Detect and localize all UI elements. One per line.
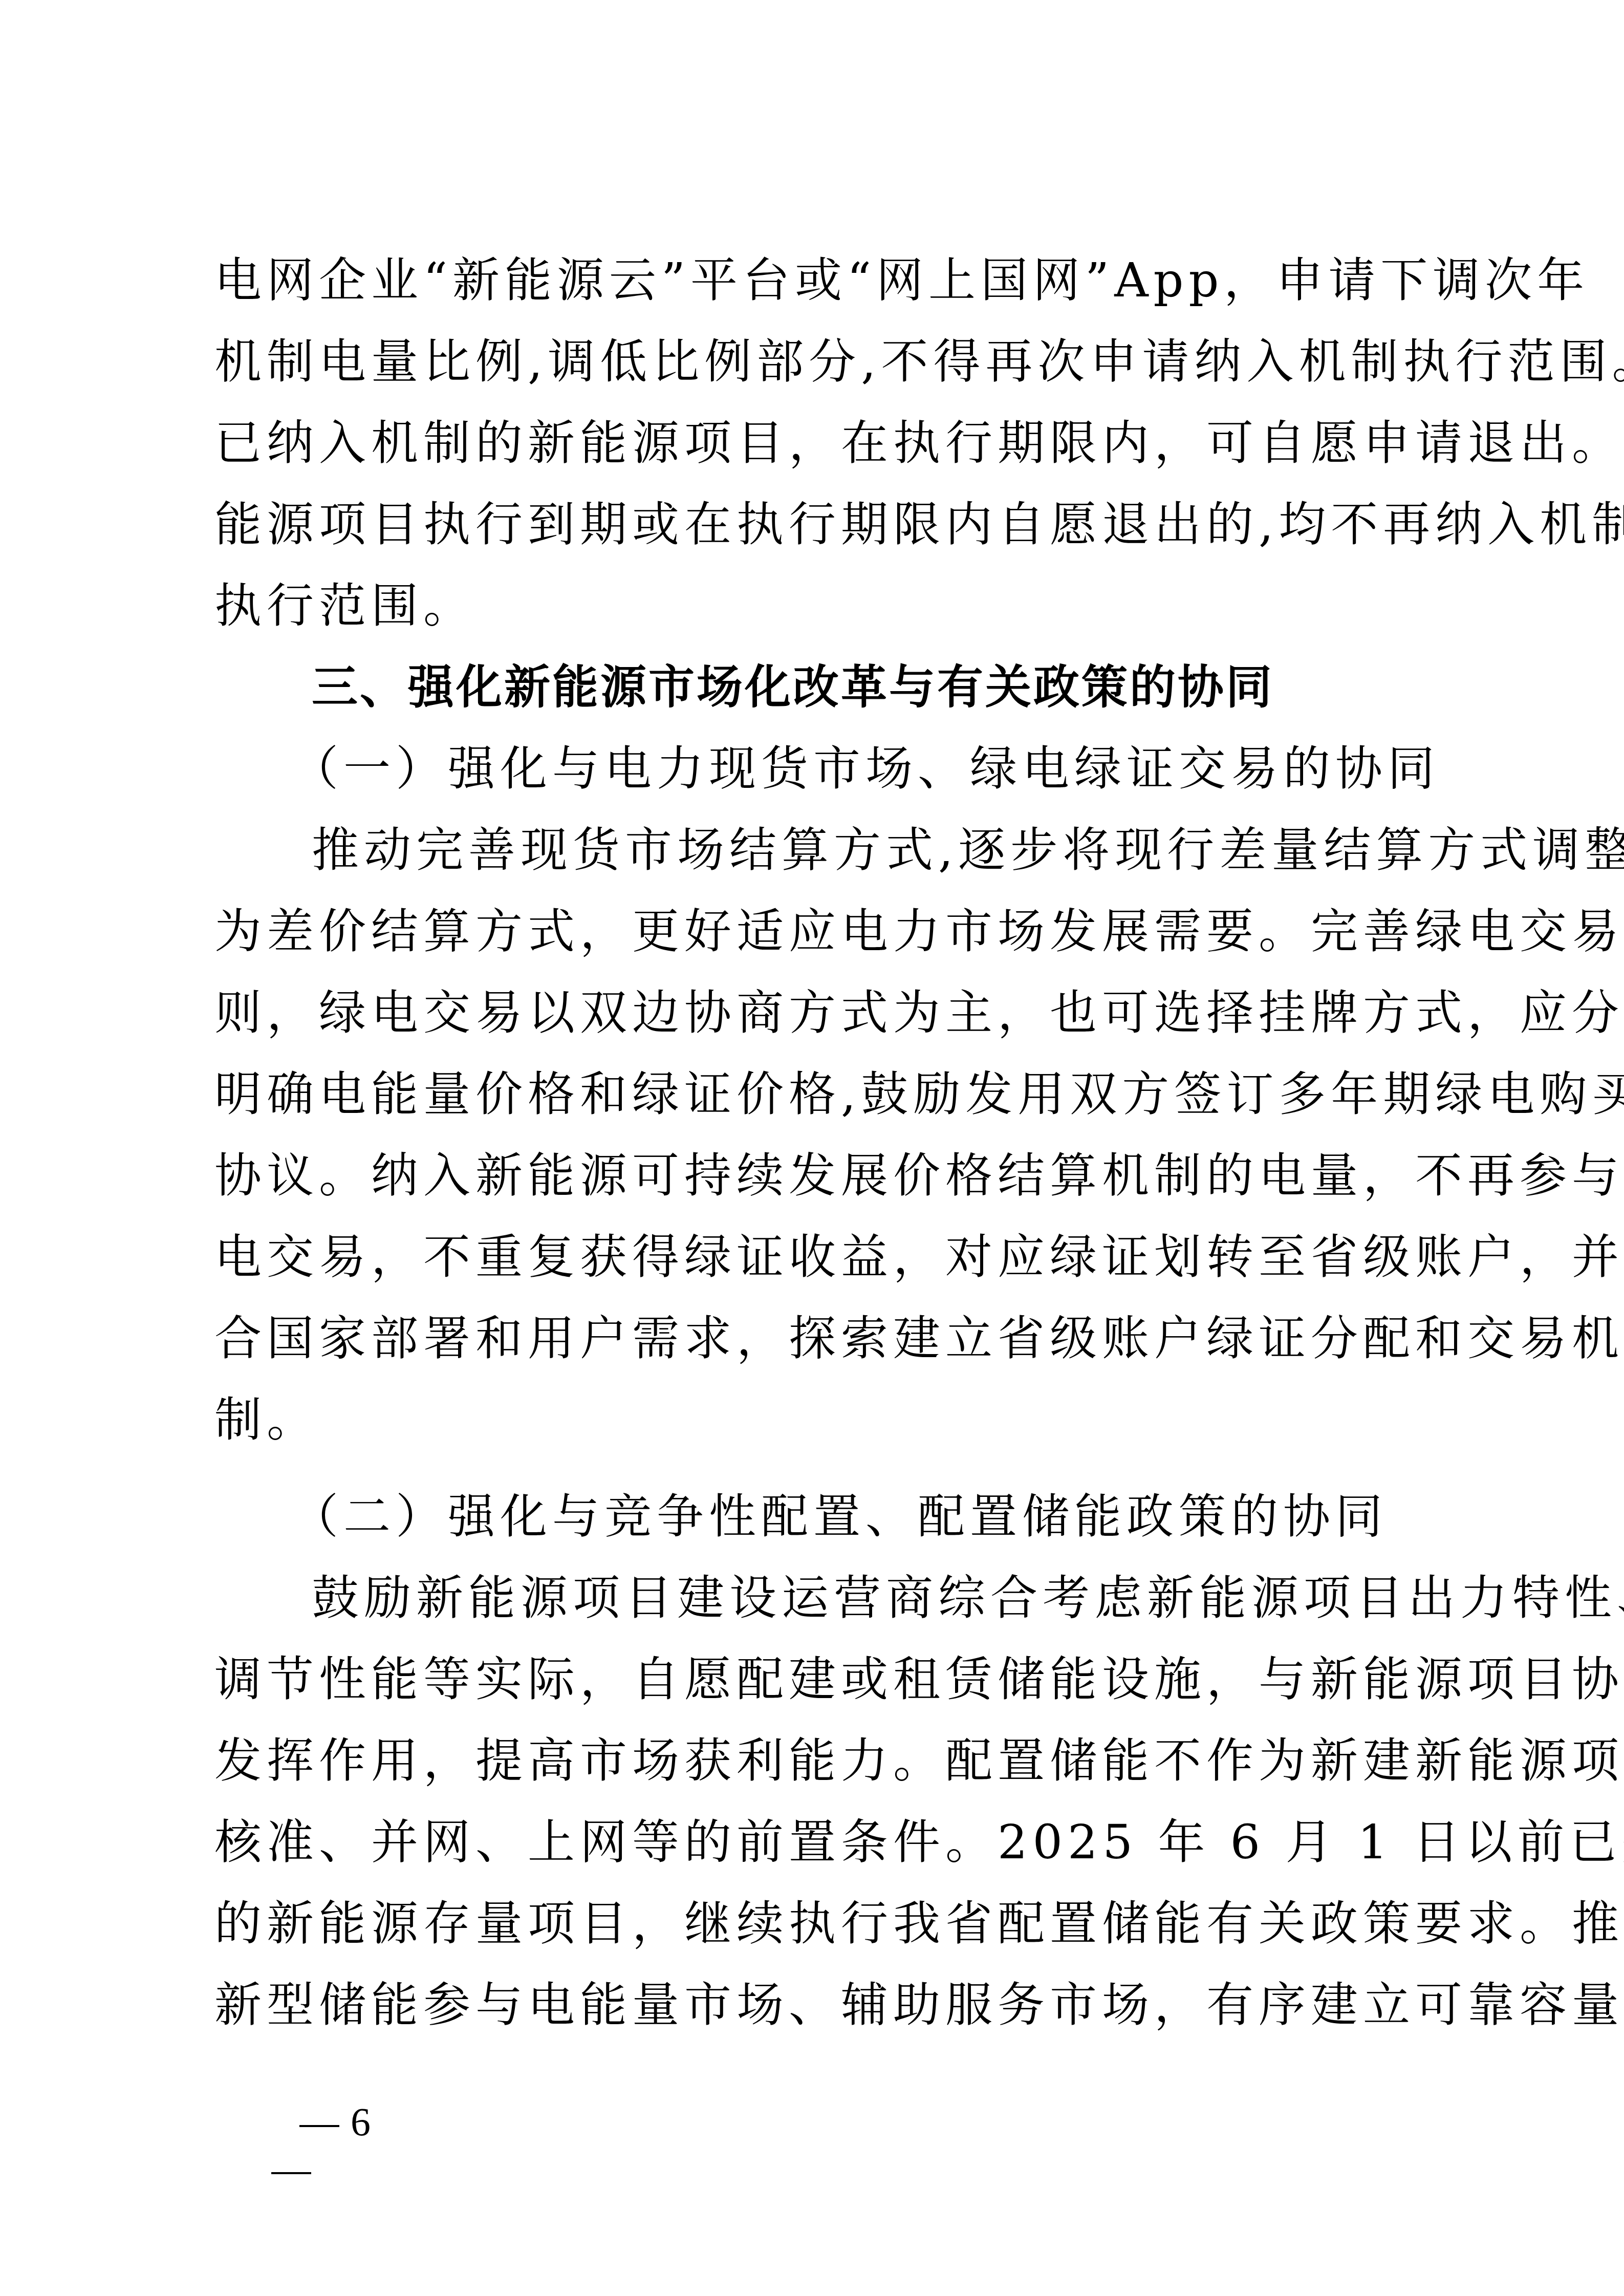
body-line: 发挥作用，提高市场获利能力。配置储能不作为新建新能源项目: [214, 1720, 1407, 1801]
body-line: 能源项目执行到期或在执行期限内自愿退出的,均不再纳入机制: [214, 484, 1407, 565]
section-heading: 三、强化新能源市场化改革与有关政策的协同: [214, 647, 1407, 728]
document-page: 电网企业“新能源云”平台或“网上国网”App，申请下调次年 机制电量比例,调低比…: [0, 0, 1624, 2296]
body-line: 电交易，不重复获得绿证收益，对应绿证划转至省级账户，并结: [214, 1216, 1407, 1298]
subsection-heading-1: （一）强化与电力现货市场、绿电绿证交易的协同: [214, 728, 1407, 809]
body-line: 推动完善现货市场结算方式,逐步将现行差量结算方式调整: [214, 809, 1407, 891]
body-line: 电网企业“新能源云”平台或“网上国网”App，申请下调次年: [214, 240, 1407, 321]
page-number-dash-left: [299, 2125, 339, 2127]
body-line: 调节性能等实际，自愿配建或租赁储能设施，与新能源项目协同: [214, 1639, 1407, 1720]
body-line: 明确电能量价格和绿证价格,鼓励发用双方签订多年期绿电购买: [214, 1054, 1407, 1135]
body-line: 已纳入机制的新能源项目，在执行期限内，可自愿申请退出。新: [214, 402, 1407, 484]
page-number: 6: [299, 2101, 371, 2142]
page-number-dash-right: [271, 2172, 311, 2174]
body-line: 协议。纳入新能源可持续发展价格结算机制的电量，不再参与绿: [214, 1135, 1407, 1216]
body-line: 执行范围。: [214, 565, 1407, 647]
body-line: 合国家部署和用户需求，探索建立省级账户绿证分配和交易机: [214, 1298, 1407, 1379]
page-number-value: 6: [351, 2099, 371, 2144]
body-line: 的新能源存量项目，继续执行我省配置储能有关政策要求。推动: [214, 1883, 1407, 1964]
body-line: 制。: [214, 1379, 1407, 1461]
subsection-heading-2: （二）强化与竞争性配置、配置储能政策的协同: [214, 1476, 1407, 1557]
body-line: 机制电量比例,调低比例部分,不得再次申请纳入机制执行范围。: [214, 321, 1407, 402]
body-line: 核准、并网、上网等的前置条件。2025 年 6 月 1 日以前已并网: [214, 1801, 1407, 1883]
body-line: 新型储能参与电能量市场、辅助服务市场，有序建立可靠容量补: [214, 1964, 1407, 2046]
body-line: 鼓励新能源项目建设运营商综合考虑新能源项目出力特性、: [214, 1557, 1407, 1639]
document-body: 电网企业“新能源云”平台或“网上国网”App，申请下调次年 机制电量比例,调低比…: [214, 240, 1407, 2046]
body-line: 为差价结算方式，更好适应电力市场发展需要。完善绿电交易规: [214, 891, 1407, 972]
body-line: 则，绿电交易以双边协商方式为主，也可选择挂牌方式，应分别: [214, 972, 1407, 1054]
